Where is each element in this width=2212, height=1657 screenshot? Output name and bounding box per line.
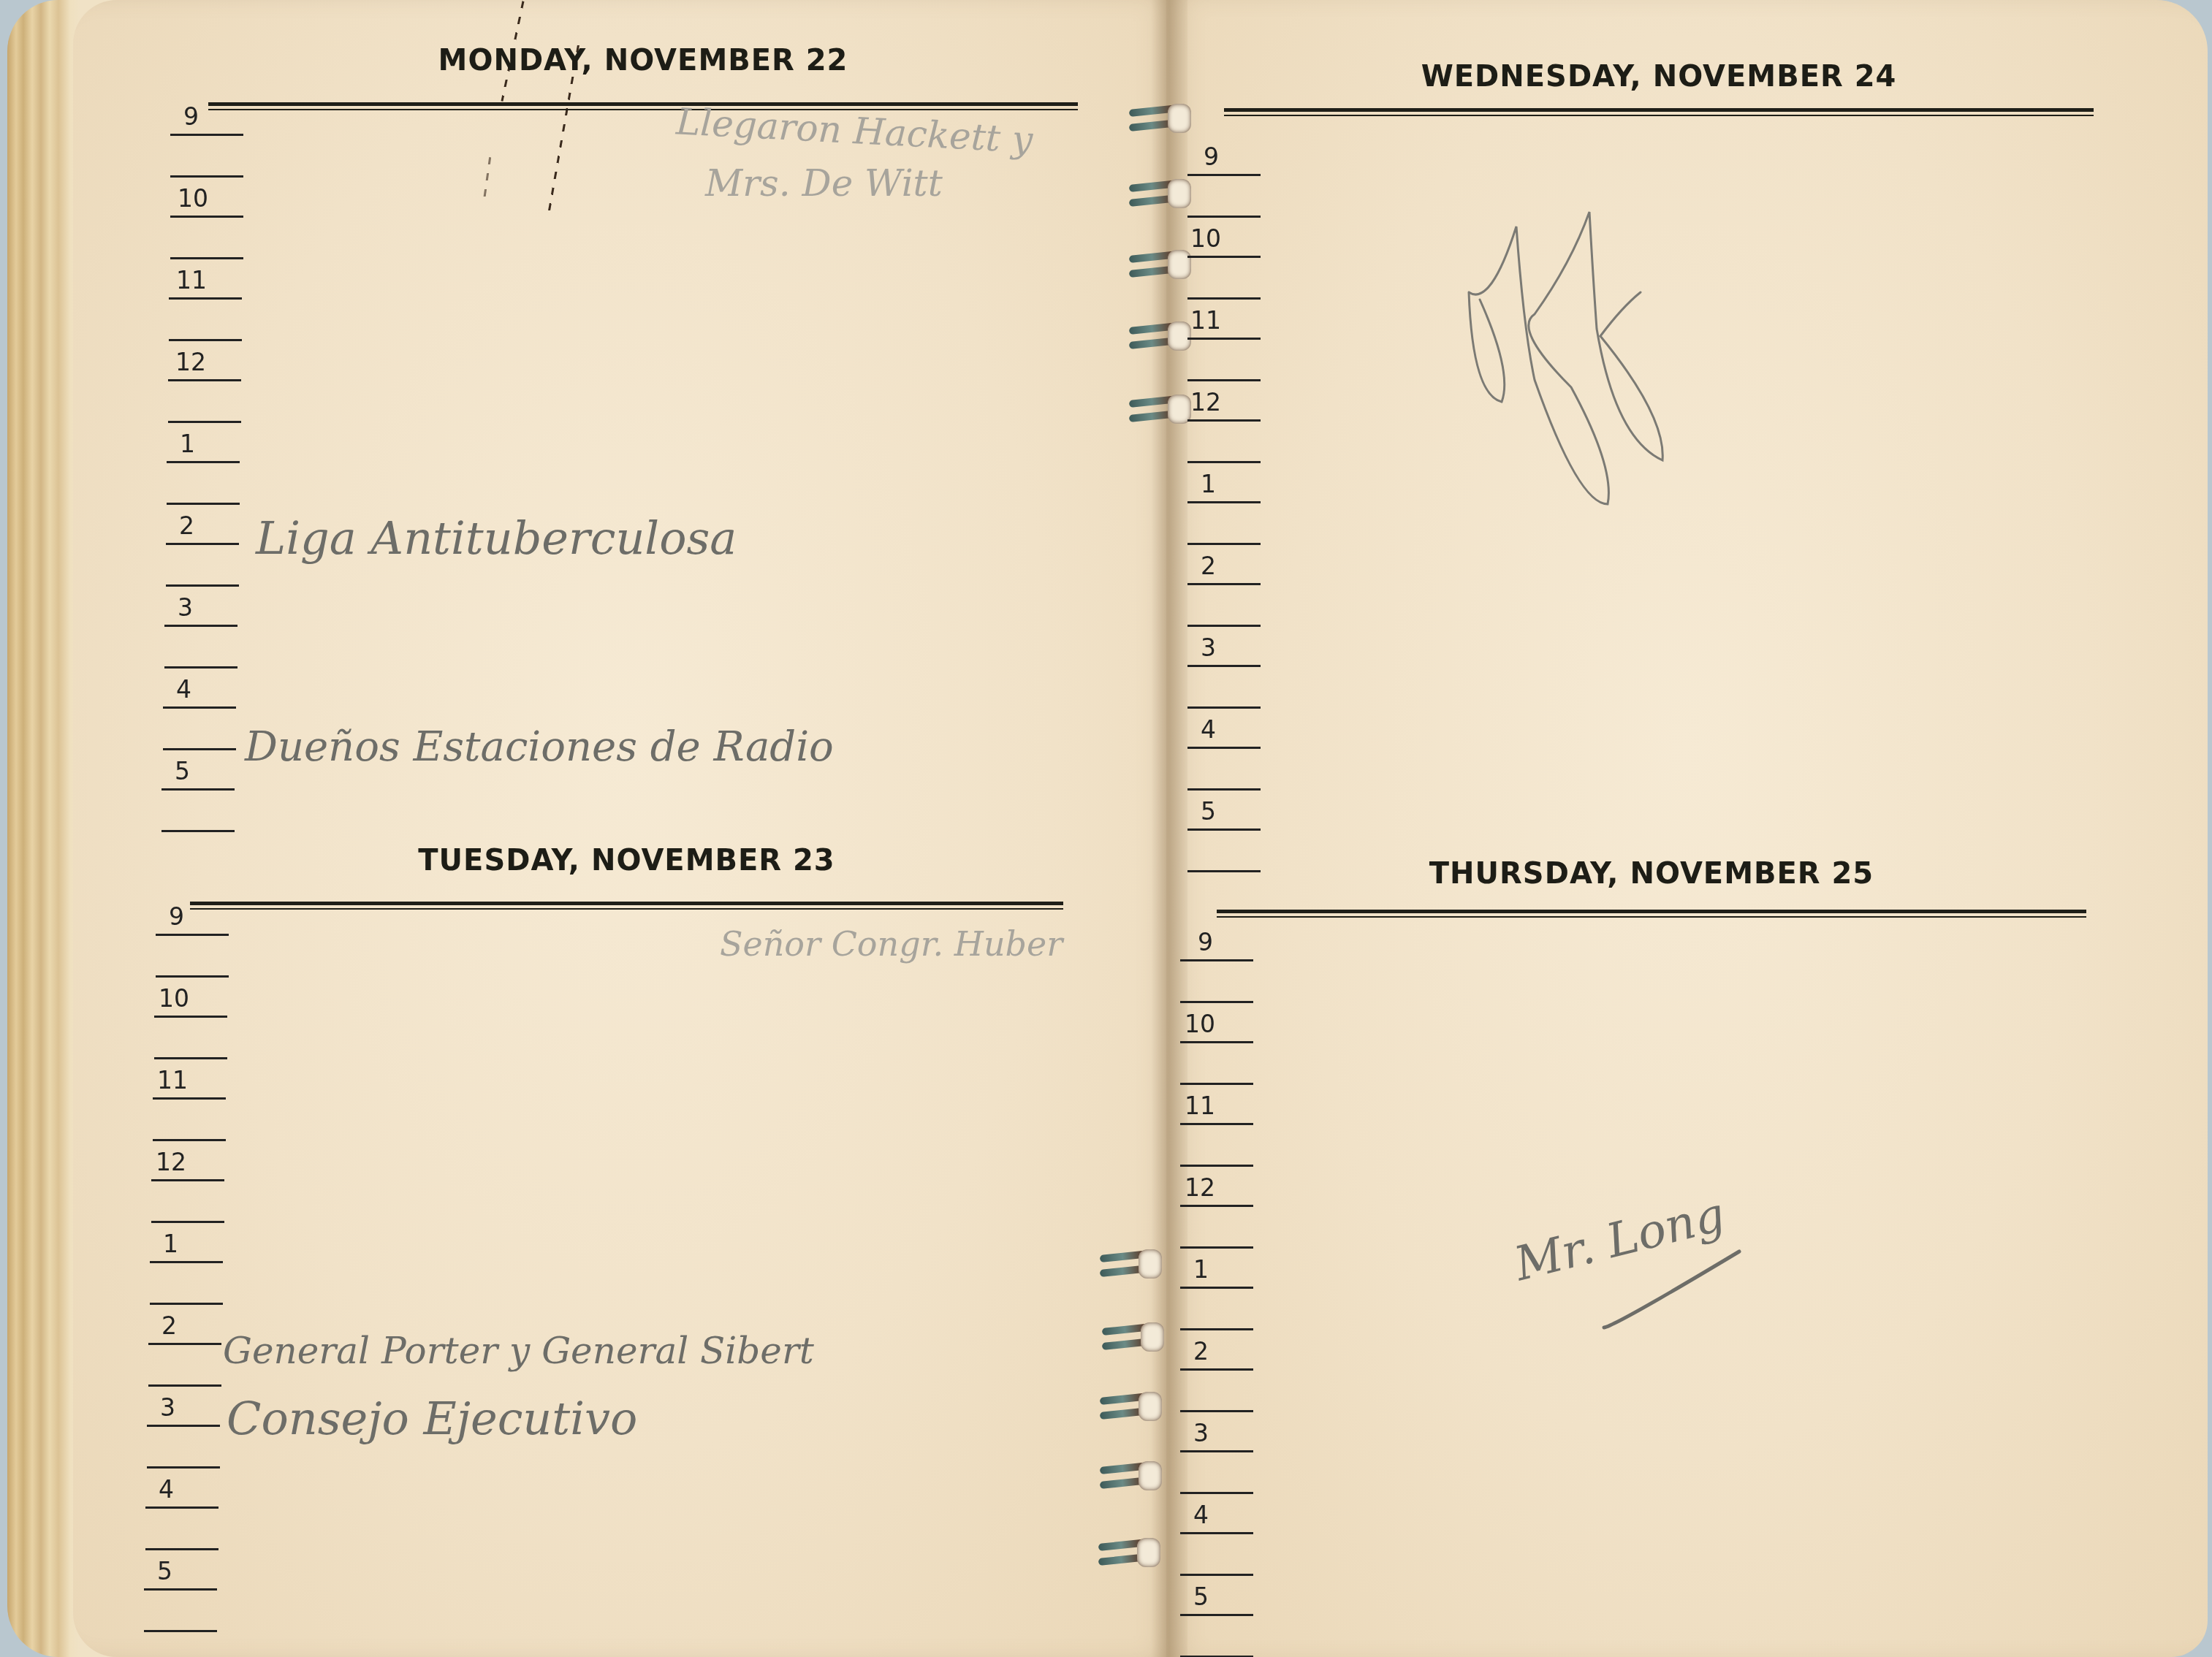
handwritten-entry: Liga Antituberculosa [256, 511, 737, 565]
hour-2: 2 [1180, 1337, 1268, 1417]
underline-flourish [1600, 1246, 1747, 1333]
binding-coil [1100, 1392, 1162, 1421]
hour-3: 3 [164, 593, 252, 674]
hour-10: 10 [1180, 1010, 1268, 1090]
handwritten-entry: Consejo Ejecutivo [227, 1392, 637, 1445]
hour-3: 3 [1187, 633, 1275, 714]
hour-9: 9 [170, 102, 258, 183]
binding-coil [1102, 1322, 1164, 1352]
hour-12: 12 [1180, 1173, 1268, 1254]
hour-11: 11 [169, 266, 256, 346]
hour-10: 10 [154, 984, 242, 1064]
hour-3: 3 [147, 1393, 235, 1474]
hour-12: 12 [168, 348, 256, 428]
day-title-tuesday: TUESDAY, NOVEMBER 23 [190, 844, 1063, 877]
binding-coil [1129, 321, 1191, 351]
day-title-thursday: THURSDAY, NOVEMBER 25 [1217, 857, 2086, 891]
hour-4: 4 [145, 1475, 233, 1555]
handwritten-entry: Mrs. De Witt [705, 162, 943, 205]
binding-coil [1129, 395, 1191, 424]
binding-coil [1098, 1538, 1160, 1567]
hour-2: 2 [166, 511, 254, 592]
handwritten-entry: General Porter y General Sibert [223, 1330, 814, 1372]
hour-2: 2 [1187, 552, 1275, 632]
header-double-rule [1217, 910, 2086, 918]
diary-spread: MONDAY, NOVEMBER 22 9 10 11 12 1 2 3 4 5… [0, 0, 2212, 1657]
hour-1: 1 [1180, 1255, 1268, 1336]
hour-10: 10 [1187, 224, 1275, 305]
hour-1: 1 [150, 1230, 237, 1310]
binding-coil [1100, 1249, 1162, 1279]
handwritten-entry: Dueños Estaciones de Radio [245, 723, 834, 771]
hour-5: 5 [161, 757, 249, 837]
hour-4: 4 [1180, 1501, 1268, 1581]
handwritten-entry: Señor Congr. Huber [720, 924, 1063, 964]
day-title-wednesday: WEDNESDAY, NOVEMBER 24 [1224, 60, 2094, 94]
header-double-rule [190, 902, 1063, 910]
header-double-rule [1224, 108, 2094, 117]
hour-9: 9 [1180, 928, 1268, 1008]
binding-coil [1129, 104, 1191, 133]
hour-12: 12 [1187, 388, 1275, 468]
hour-4: 4 [163, 675, 251, 755]
hour-5: 5 [144, 1557, 232, 1637]
hour-4: 4 [1187, 715, 1275, 796]
hour-3: 3 [1180, 1419, 1268, 1499]
binding-coil [1100, 1461, 1162, 1490]
hour-11: 11 [1180, 1092, 1268, 1172]
hour-1: 1 [167, 430, 254, 510]
binding-coil [1129, 250, 1191, 279]
day-title-monday: MONDAY, NOVEMBER 22 [208, 44, 1078, 77]
binding-coil [1129, 179, 1191, 208]
hour-11: 11 [153, 1066, 240, 1146]
signature-flourish [1462, 197, 1688, 526]
hour-1: 1 [1187, 470, 1275, 550]
hour-12: 12 [151, 1148, 239, 1228]
hour-9: 9 [156, 902, 243, 983]
hour-5: 5 [1180, 1582, 1268, 1657]
header-double-rule [208, 102, 1078, 111]
hour-11: 11 [1187, 306, 1275, 386]
hour-10: 10 [170, 184, 258, 264]
hour-9: 9 [1187, 142, 1275, 223]
